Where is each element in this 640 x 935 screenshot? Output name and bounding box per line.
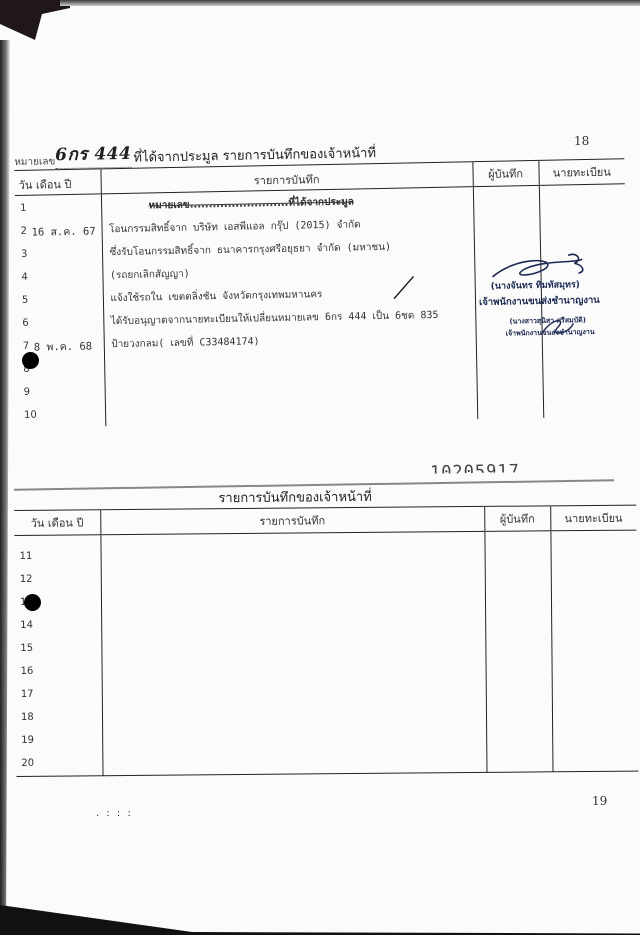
record-column: หมายเลข..........................ที่ได้จ…	[101, 187, 477, 427]
record-column	[100, 531, 486, 775]
background-corner	[0, 0, 70, 40]
line-number: 10	[20, 402, 104, 427]
signature-name-1: (นางจันทร ทิมทัสมุทร)	[491, 277, 580, 293]
signature-title-1: เจ้าพนักงานขนส่งชำนาญงาน	[479, 293, 600, 310]
check-mark-icon	[391, 272, 422, 303]
plate-number-field: 6กร 444	[55, 140, 132, 169]
header-recorder: ผู้บันทึก	[484, 506, 550, 532]
line-number: 3	[17, 241, 101, 266]
line-number: 16	[17, 659, 101, 683]
registrar-column	[550, 530, 638, 772]
line-number: 11	[15, 544, 99, 568]
line-number: 20	[17, 751, 101, 775]
upper-ledger-section: หมายเลข 6กร 444 ที่ได้จากประมูล รายการบั…	[14, 136, 629, 428]
line-number: 17	[17, 682, 101, 706]
serial-number: 10205917	[430, 461, 520, 483]
line-number: 1	[16, 195, 100, 220]
line-number: 6	[18, 310, 102, 335]
page-left-edge	[0, 40, 10, 935]
background-edge	[60, 0, 640, 6]
line-number: 15	[16, 636, 100, 660]
line-number: 9	[19, 379, 103, 404]
recorder-column	[484, 531, 552, 773]
ink-specks: . : : :	[96, 808, 133, 819]
punch-hole	[22, 352, 39, 369]
line-number: 18	[17, 705, 101, 729]
entry-date-2: 8 พ.ค. 68	[34, 338, 93, 356]
document-page: 18 หมายเลข 6กร 444 ที่ได้จากประมูล รายกา…	[0, 0, 640, 935]
line-number: 14	[16, 613, 100, 637]
date-column: 11121314151617181920	[14, 535, 102, 777]
header-recorder: ผู้บันทึก	[472, 160, 538, 186]
struck-header-line: หมายเลข..........................ที่ได้จ…	[109, 194, 355, 214]
signature-scribble-icon	[537, 313, 577, 340]
plate-label: หมายเลข	[14, 154, 55, 170]
lower-ledger-table: วัน เดือน ปี รายการบันทึก ผู้บันทึก นายท…	[14, 505, 638, 777]
punch-hole	[24, 594, 41, 611]
line-number: 5	[18, 287, 102, 312]
entry-date-1: 16 ส.ค. 67	[31, 222, 95, 240]
plate-number-handwritten: 6กร 444	[55, 144, 132, 165]
date-column: 12345678910 16 ส.ค. 67 8 พ.ค. 68	[15, 194, 105, 428]
header-date: วัน เดือน ปี	[14, 169, 100, 196]
header-record: รายการบันทึก	[100, 506, 484, 534]
page-number-bottom: 19	[592, 794, 607, 808]
line-number: 19	[17, 728, 101, 752]
header-registrar: นายทะเบียน	[550, 505, 636, 531]
background-bottom	[0, 905, 640, 935]
lower-ledger-section: รายการบันทึกของเจ้าหน้าที่ วัน เดือน ปี …	[14, 483, 638, 777]
header-date: วัน เดือน ปี	[14, 510, 100, 536]
line-number: 4	[17, 264, 101, 289]
line-number: 12	[16, 567, 100, 591]
header-registrar: นายทะเบียน	[538, 159, 624, 186]
